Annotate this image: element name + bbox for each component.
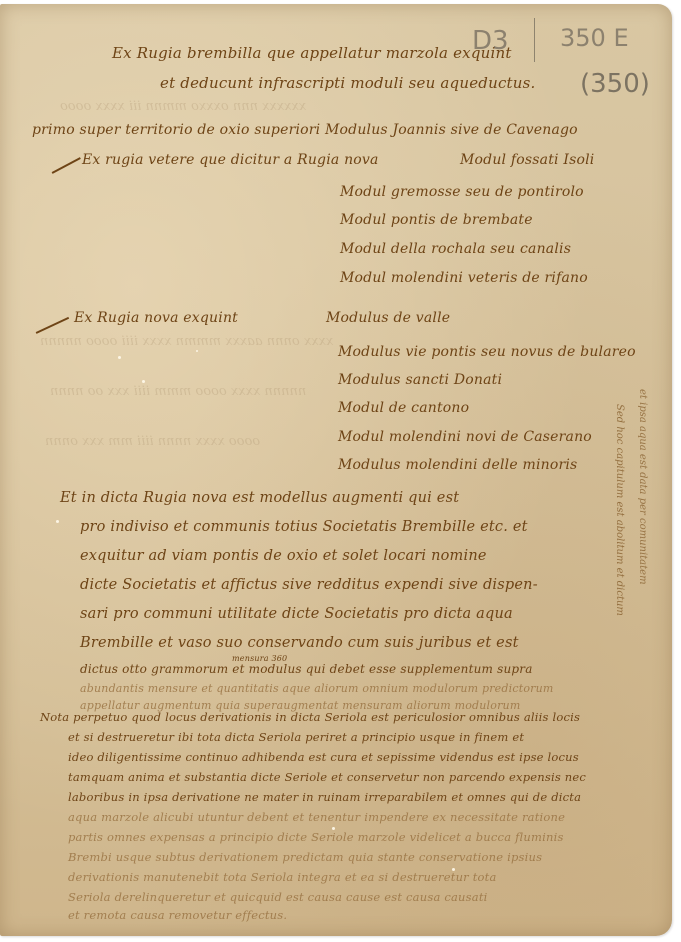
module-item: Modul gremosse seu de pontirolo <box>340 184 584 200</box>
paragraph-nota-line: ideo diligentissime continuo adhibenda e… <box>68 750 579 764</box>
parchment-speck <box>332 827 335 830</box>
bleed-through-text: oooo xxxx nnnn iiii mm xxx onnn <box>45 434 260 449</box>
parchment-speck <box>118 356 121 359</box>
module-item: Modul fossati Isoli <box>460 152 594 168</box>
pointer-stroke <box>52 157 81 173</box>
bleed-through-text: nnnnn xxxx oooo mmm iiii xxx oo nnnn <box>50 384 306 399</box>
margin-annotation: Sed hoc capitulum est abolitum et dictum <box>614 404 625 616</box>
paragraph-main-line: Et in dicta Rugia nova est modellus augm… <box>60 490 459 506</box>
module-item: Modul pontis de brembate <box>340 212 533 228</box>
shelfmark-right: 350 E <box>560 24 629 52</box>
paragraph-nota-line: laboribus in ipsa derivatione ne mater i… <box>68 790 581 804</box>
paragraph-main-line: Brembille et vaso suo conservando cum su… <box>80 635 519 651</box>
bleed-through-text: xxxxxx nnn oxxxo mmnn iii xxxx oooo <box>60 99 306 114</box>
module-item: Modulus sancti Donati <box>338 372 502 388</box>
paragraph-nota-line: tamquam anima et substantia dicte Seriol… <box>68 770 586 784</box>
module-item: Modulus de valle <box>326 310 450 326</box>
margin-annotation: et ipsa aqua est data per comunitatem <box>637 389 648 585</box>
pointer-stroke <box>36 317 69 334</box>
module-item: Modul molendini veteris de rifano <box>340 270 588 286</box>
paragraph-nota-line: derivationis manutenebit tota Seriola in… <box>68 870 497 884</box>
folio-number: (350) <box>580 69 650 99</box>
module-item: Modul de cantono <box>338 400 469 416</box>
rugia-nova-lead: Ex Rugia nova exquint <box>74 310 238 326</box>
parchment-speck <box>142 380 145 383</box>
parchment-speck <box>56 520 59 523</box>
parchment-speck <box>452 868 455 871</box>
module-item: Modulus vie pontis seu novus de bulareo <box>338 344 636 360</box>
bleed-through-text: xxxx onnn aaxxx mmmn xxxx iiii oooo nnnn… <box>40 334 333 349</box>
heading-line-2: et deducunt infrascripti moduli seu aque… <box>160 74 536 92</box>
module-item: Modul molendini novi de Caserano <box>338 429 592 445</box>
primo-intro: primo super territorio de oxio superiori… <box>32 122 578 138</box>
paragraph-nota-line: et si destrueretur ibi tota dicta Seriol… <box>68 730 524 744</box>
paragraph-main-line: dictus otto grammorum et modulus qui deb… <box>80 662 533 676</box>
paragraph-main-line: abundantis mensure et quantitatis aque a… <box>80 682 554 695</box>
rugia-vetere-lead: Ex rugia vetere que dicitur a Rugia nova <box>82 152 379 168</box>
paragraph-nota-line: et remota causa removetur effectus. <box>68 908 287 922</box>
heading-line-1: Ex Rugia brembilla que appellatur marzol… <box>112 44 512 62</box>
paragraph-nota-line: partis omnes expensas a principio dicte … <box>68 830 564 844</box>
module-item: Modulus molendini delle minoris <box>338 457 577 473</box>
paragraph-main-line: sari pro communi utilitate dicte Societa… <box>80 606 513 622</box>
paragraph-main-line: pro indiviso et communis totius Societat… <box>80 519 528 535</box>
parchment-speck <box>196 350 198 352</box>
module-item: Modul della rochala seu canalis <box>340 241 571 257</box>
shelfmark-divider <box>534 18 535 62</box>
paragraph-nota-line: Seriola derelinqueretur et quicquid est … <box>68 890 488 904</box>
manuscript-page: xxxxxx nnn oxxxo mmnn iii xxxx oooo xxxx… <box>0 4 672 936</box>
paragraph-main-line: exquitur ad viam pontis de oxio et solet… <box>80 548 487 564</box>
paragraph-nota-line: Nota perpetuo quod locus derivationis in… <box>40 710 580 724</box>
paragraph-nota-line: aqua marzole alicubi utuntur debent et t… <box>68 810 565 824</box>
paragraph-main-line: dicte Societatis et affictus sive reddit… <box>80 577 538 593</box>
paragraph-nota-line: Brembi usque subtus derivationem predict… <box>68 850 542 864</box>
